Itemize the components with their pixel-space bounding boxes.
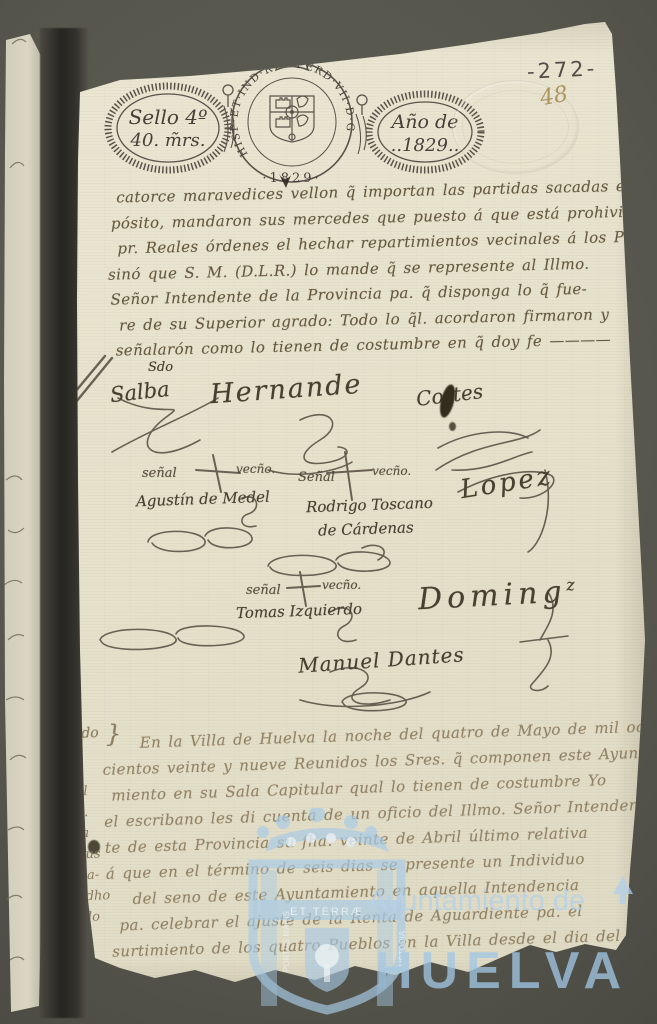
witness2-vecino-label: vecño. [372, 464, 411, 478]
toscano-oval-rubric [268, 552, 390, 576]
witness2-senal-label: Señal [298, 470, 335, 485]
witness3-senal-label: señal [246, 583, 281, 598]
salvador-rubric [118, 398, 200, 453]
witness1-cross-icon [196, 455, 240, 492]
coat-of-arms-shield [270, 96, 314, 142]
witness1-name: Agustín de Medel [136, 488, 270, 511]
stamp-mrs-text: 40. m̃rs. [130, 130, 206, 151]
signature-sdo: Sdo [148, 360, 173, 375]
hernandez-rubric [300, 415, 347, 464]
stamp-legend-left: HISP·ET·IND·R [228, 62, 275, 159]
crown-icon [272, 39, 311, 70]
castle-icon [276, 117, 290, 127]
signature-domingo: Domingz [417, 574, 581, 617]
ink-blot-small [449, 422, 456, 431]
lion-icon [297, 96, 308, 107]
folio-number-pencil: -272- [526, 56, 597, 84]
entry2-body-text: En la Villa de Huelva la noche del quatr… [101, 717, 657, 969]
witness1-vecino-label: vecño. [236, 462, 275, 476]
signature-salvador: Salba [109, 377, 171, 407]
witness2-name-line1: Rodrigo Toscano [306, 494, 433, 516]
witness1-senal-label: señal [142, 466, 177, 481]
izquierdo-oval-rubric [100, 626, 244, 650]
act-body-text: catorce maravedices vellon q̃ importan l… [116, 176, 657, 367]
revenue-stamp: HISP·ET·IND·R FERD·VII·D·G ·1829· Sello … [100, 36, 490, 201]
signature-lopez: Lopez [458, 461, 555, 505]
castle-icon [276, 98, 290, 108]
signature-domingo-sup: z [566, 575, 580, 595]
manuscript-sheet: HISP·ET·IND·R FERD·VII·D·G ·1829· Sello … [0, 0, 657, 1024]
signature-hernandez: Hernande [209, 369, 363, 411]
signature-manuel-dantes: Manuel Dantes [297, 642, 465, 678]
archive-photo: HISP·ET·IND·R FERD·VII·D·G ·1829· Sello … [0, 0, 657, 1024]
folio-number-ink: 48 [538, 82, 570, 111]
signature-domingo-text: Doming [417, 574, 567, 617]
toscano-squiggle [362, 545, 384, 560]
witness3-vecino-label: vecño. [322, 578, 361, 592]
witness2-name-line2: de Cárdenas [318, 518, 414, 539]
svg-text:HISP·ET·IND·R: HISP·ET·IND·R [228, 62, 275, 159]
dantes-oval-rubric [342, 693, 406, 711]
salvador-rubric [112, 398, 218, 452]
stamp-1829-text: ..1829.. [391, 135, 460, 156]
medel-oval-rubric [148, 528, 252, 552]
stamp-ano-text: Año de [390, 111, 459, 133]
lion-icon [297, 115, 308, 126]
stamp-sello-text: Sello 4º [129, 105, 208, 129]
witness3-name: Tomas Izquierdo [236, 600, 363, 622]
